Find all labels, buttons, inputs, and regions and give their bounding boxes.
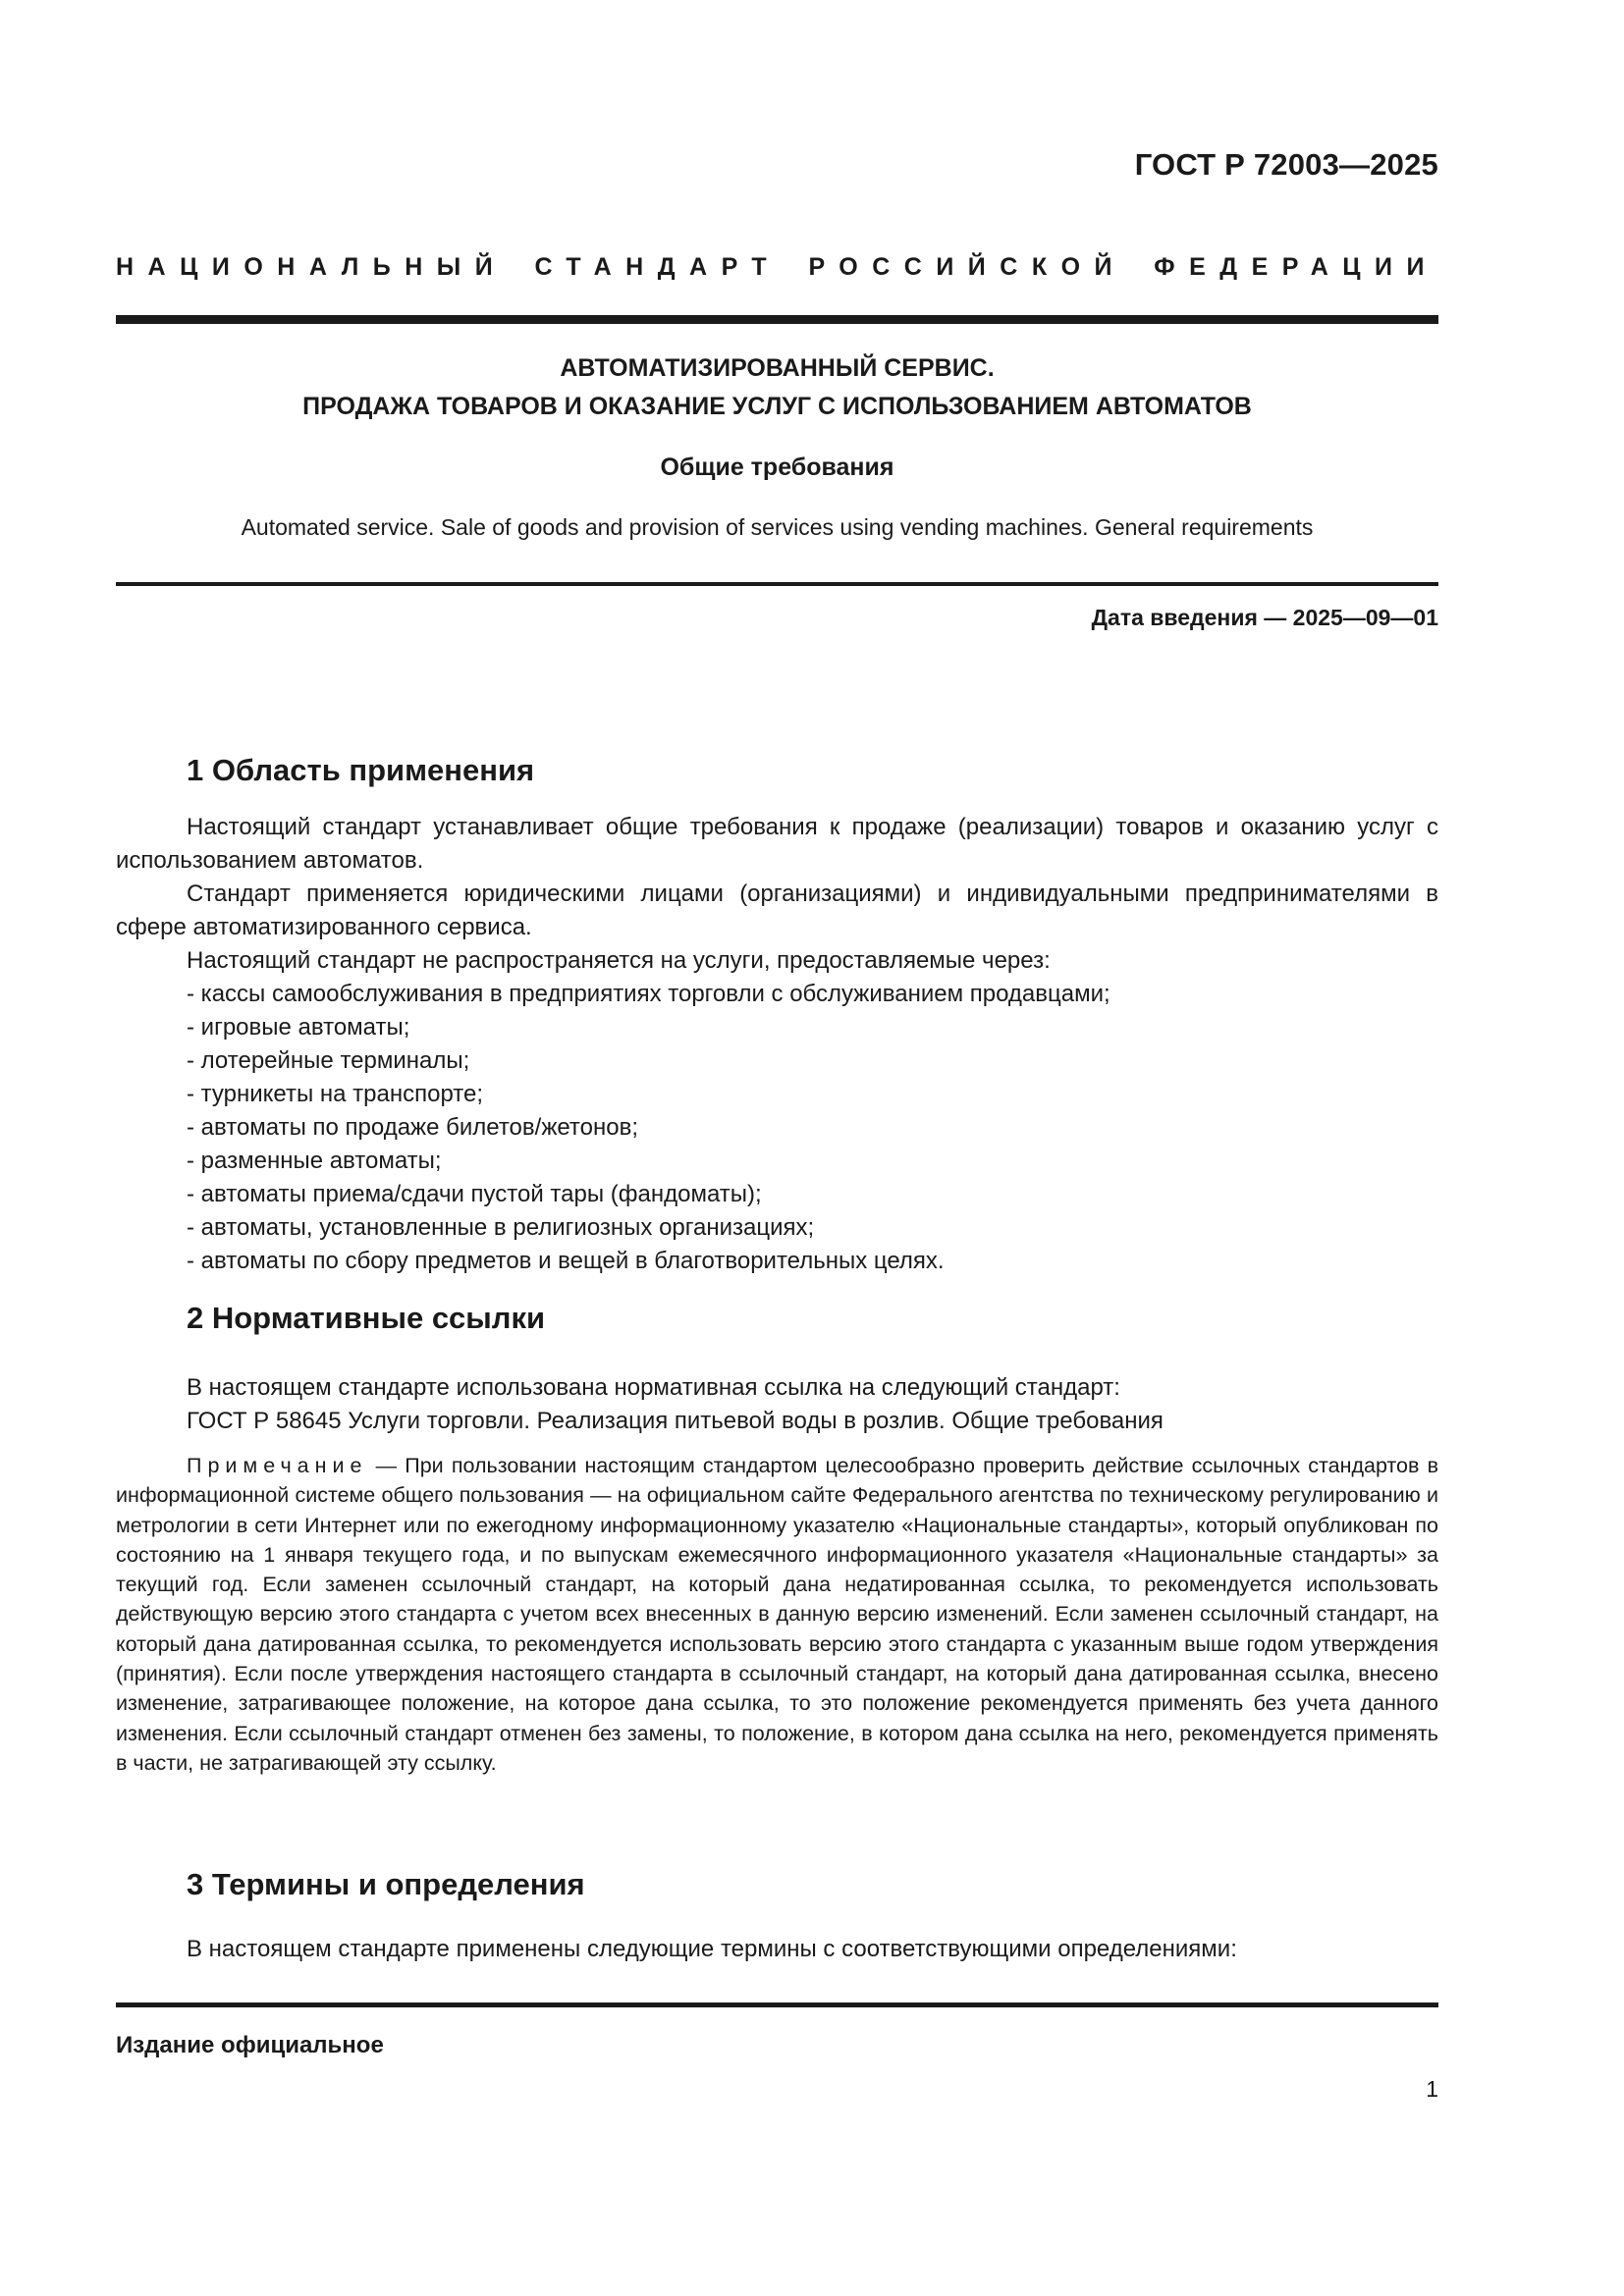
section-references-body: В настоящем стандарте использована норма…: [116, 1371, 1438, 1438]
list-item: - кассы самообслуживания в предприятиях …: [116, 978, 1438, 1011]
note-text: — При пользовании настоящим стандартом ц…: [116, 1454, 1438, 1775]
note-block: Примечание — При пользовании настоящим с…: [116, 1451, 1438, 1778]
english-title: Automated service. Sale of goods and pro…: [116, 514, 1438, 541]
list-item: - автоматы, установленные в религиозных …: [116, 1211, 1438, 1245]
section-heading-terms: 3 Термины и определения: [187, 1867, 585, 1902]
document-subtitle: Общие требования: [116, 454, 1438, 482]
paragraph: Стандарт применяется юридическими лицами…: [116, 878, 1438, 944]
reference-item: ГОСТ Р 58645 Услуги торговли. Реализация…: [116, 1405, 1438, 1438]
section-heading-scope: 1 Область применения: [187, 753, 534, 788]
page-number: 1: [1426, 2076, 1438, 2103]
section-scope-body: Настоящий стандарт устанавливает общие т…: [116, 811, 1438, 1278]
banner-word: ФЕДЕРАЦИИ: [1154, 253, 1438, 282]
section-terms-body: В настоящем стандарте применены следующи…: [116, 1933, 1438, 1966]
standard-designation: ГОСТ Р 72003—2025: [1135, 147, 1438, 183]
list-item: - автоматы по сбору предметов и вещей в …: [116, 1245, 1438, 1278]
paragraph: Настоящий стандарт устанавливает общие т…: [116, 811, 1438, 878]
title-rule: [116, 582, 1438, 586]
list-item: - разменные автоматы;: [116, 1145, 1438, 1178]
banner-word: НАЦИОНАЛЬНЫЙ: [116, 253, 507, 282]
paragraph: В настоящем стандарте применены следующи…: [116, 1933, 1438, 1966]
national-standard-banner: НАЦИОНАЛЬНЫЙ СТАНДАРТ РОССИЙСКОЙ ФЕДЕРАЦ…: [116, 253, 1438, 282]
banner-word: РОССИЙСКОЙ: [808, 253, 1126, 282]
paragraph: В настоящем стандарте использована норма…: [116, 1371, 1438, 1405]
paragraph: Настоящий стандарт не распространяется н…: [116, 944, 1438, 978]
banner-word: СТАНДАРТ: [534, 253, 781, 282]
list-item: - автоматы по продаже билетов/жетонов;: [116, 1111, 1438, 1145]
header-rule: [116, 315, 1438, 324]
footer-rule: [116, 2002, 1438, 2007]
list-item: - лотерейные терминалы;: [116, 1044, 1438, 1078]
note-label: Примечание: [187, 1454, 367, 1477]
introduction-date: Дата введения — 2025—09—01: [1092, 605, 1438, 631]
list-item: - турникеты на транспорте;: [116, 1078, 1438, 1111]
section-heading-references: 2 Нормативные ссылки: [187, 1301, 545, 1336]
title-line-1: АВТОМАТИЗИРОВАННЫЙ СЕРВИС.: [116, 349, 1438, 388]
document-title: АВТОМАТИЗИРОВАННЫЙ СЕРВИС. ПРОДАЖА ТОВАР…: [116, 349, 1438, 426]
title-line-2: ПРОДАЖА ТОВАРОВ И ОКАЗАНИЕ УСЛУГ С ИСПОЛ…: [116, 388, 1438, 426]
list-item: - игровые автоматы;: [116, 1011, 1438, 1044]
list-item: - автоматы приема/сдачи пустой тары (фан…: [116, 1178, 1438, 1211]
official-edition-label: Издание официальное: [116, 2032, 384, 2059]
